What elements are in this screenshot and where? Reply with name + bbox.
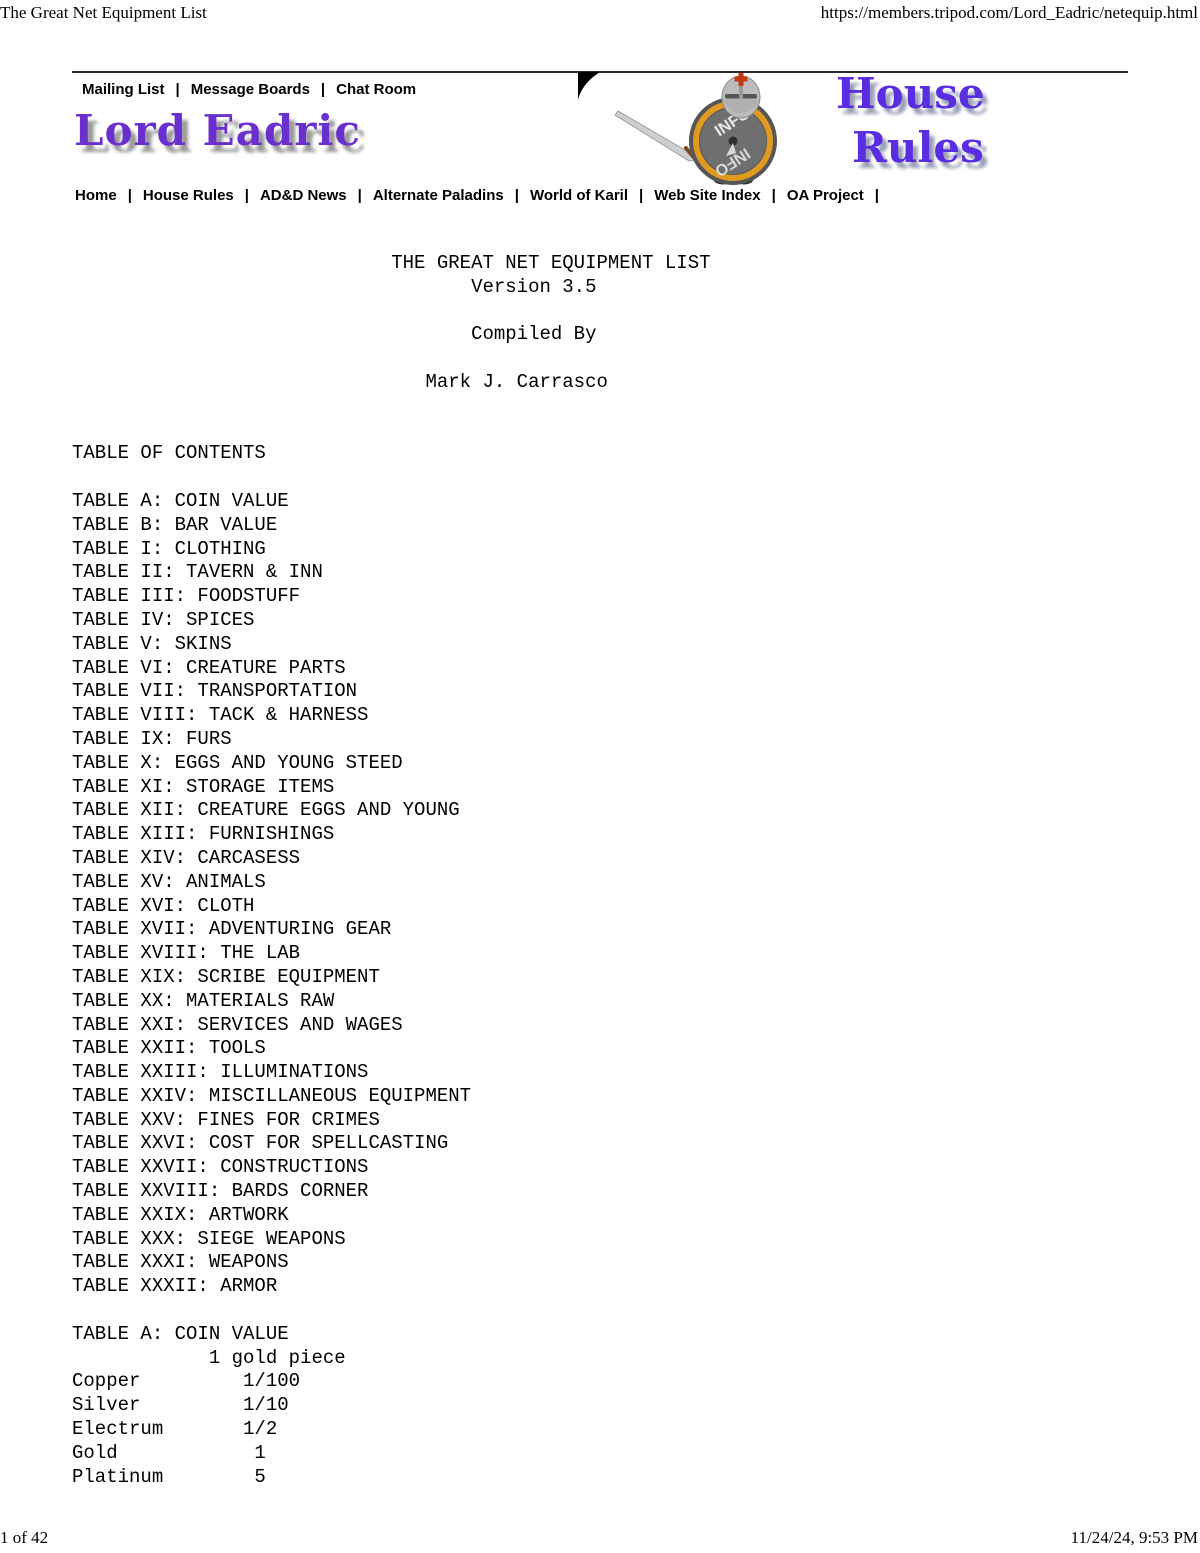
nav-link-ad-d-news[interactable]: AD&D News xyxy=(260,187,347,204)
nav-link-message-boards[interactable]: Message Boards xyxy=(191,81,310,98)
house-rules-line1: House xyxy=(836,70,985,118)
top-nav: Mailing List|Message Boards|Chat Room xyxy=(82,81,416,98)
banner-corner-curl-icon xyxy=(578,72,600,100)
nav-link-alternate-paladins[interactable]: Alternate Paladins xyxy=(373,187,504,204)
nav-separator: | xyxy=(772,187,776,204)
nav-separator: | xyxy=(321,81,325,98)
print-doc-title: The Great Net Equipment List xyxy=(0,3,207,23)
main-nav: Home|House Rules|AD&D News|Alternate Pal… xyxy=(75,187,890,204)
nav-link-mailing-list[interactable]: Mailing List xyxy=(82,81,165,98)
nav-link-house-rules[interactable]: House Rules xyxy=(143,187,234,204)
nav-separator: | xyxy=(515,187,519,204)
nav-link-web-site-index[interactable]: Web Site Index xyxy=(654,187,760,204)
document-text: THE GREAT NET EQUIPMENT LIST Version 3.5… xyxy=(72,252,711,1489)
knight-info-shield-icon: INFO INFO xyxy=(610,73,795,185)
nav-separator: | xyxy=(358,187,362,204)
print-datetime: 11/24/24, 9:53 PM xyxy=(1071,1528,1198,1548)
nav-separator: | xyxy=(875,187,879,204)
house-rules-line2: Rules xyxy=(852,124,985,172)
print-doc-url: https://members.tripod.com/Lord_Eadric/n… xyxy=(821,3,1198,23)
nav-separator: | xyxy=(245,187,249,204)
nav-separator: | xyxy=(176,81,180,98)
nav-separator: | xyxy=(639,187,643,204)
house-rules-banner: House Rules xyxy=(836,70,985,172)
print-footer: 1 of 42 11/24/24, 9:53 PM xyxy=(0,1528,1198,1548)
print-preview-page: The Great Net Equipment List https://mem… xyxy=(0,0,1200,1553)
print-header: The Great Net Equipment List https://mem… xyxy=(0,3,1198,23)
print-page-number: 1 of 42 xyxy=(0,1528,48,1548)
nav-link-chat-room[interactable]: Chat Room xyxy=(336,81,416,98)
nav-link-home[interactable]: Home xyxy=(75,187,117,204)
nav-separator: | xyxy=(128,187,132,204)
nav-link-oa-project[interactable]: OA Project xyxy=(787,187,864,204)
site-logo[interactable]: Lord Eadric xyxy=(74,106,361,155)
nav-link-world-of-karil[interactable]: World of Karil xyxy=(530,187,628,204)
